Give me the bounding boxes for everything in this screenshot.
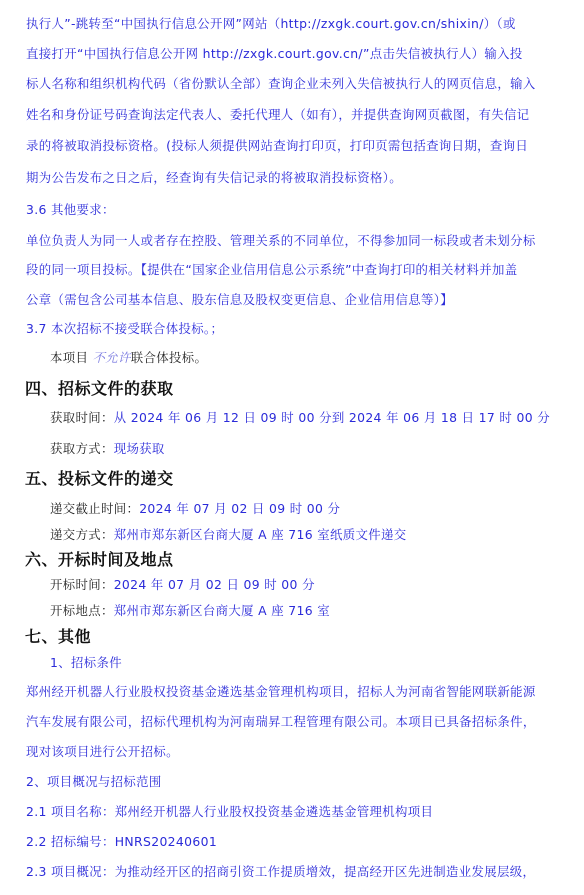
para-line: 期为公告发布之日之后，经查询有失信记录的将被取消投标资格）。 bbox=[26, 168, 402, 186]
acquire-method-value: 现场获取 bbox=[114, 441, 165, 456]
opening-place-label: 开标地点： bbox=[50, 603, 114, 618]
opening-place: 开标地点：郑州市郑东新区台商大厦 A 座 716 室 bbox=[50, 601, 330, 619]
opening-time: 开标时间：2024 年 07 月 02 日 09 时 00 分 bbox=[50, 575, 315, 593]
sub1-title: 1、招标条件 bbox=[50, 653, 122, 671]
submit-method: 递交方式：郑州市郑东新区台商大厦 A 座 716 室纸质文件递交 bbox=[50, 525, 406, 543]
para-line: 录的将被取消投标资格。(投标人须提供网站查询打印页，打印页需包括查询日期，查询日 bbox=[26, 136, 528, 154]
item-2-1: 2.1 项目名称：郑州经开机器人行业股权投资基金遴选基金管理机构项目 bbox=[26, 802, 433, 820]
acquire-method-label: 获取方式： bbox=[50, 441, 114, 456]
para-line: 段的同一项目投标。【提供在“国家企业信用信息公示系统”中查询打印的相关材料并加盖 bbox=[26, 260, 517, 278]
para-line: 执行人”-跳转至“中国执行信息公开网”网站（http://zxgk.court.… bbox=[26, 14, 516, 32]
opening-time-value: 2024 年 07 月 02 日 09 时 00 分 bbox=[114, 577, 315, 592]
acquire-time-label: 获取时间： bbox=[50, 410, 114, 425]
heading-section-6: 六、开标时间及地点 bbox=[25, 547, 174, 570]
heading-section-7: 七、其他 bbox=[25, 624, 91, 647]
submit-deadline: 递交截止时间：2024 年 07 月 02 日 09 时 00 分 bbox=[50, 499, 340, 517]
submit-deadline-value: 2024 年 07 月 02 日 09 时 00 分 bbox=[139, 501, 340, 516]
section-3-6-title: 3.6 其他要求： bbox=[26, 200, 115, 218]
para-line: 姓名和身份证号码查询法定代表人、委托代理人（如有），并提供查询网页截图，有失信记 bbox=[26, 105, 529, 123]
submit-deadline-label: 递交截止时间： bbox=[50, 501, 139, 516]
heading-section-4: 四、招标文件的获取 bbox=[25, 376, 174, 399]
opening-place-value: 郑州市郑东新区台商大厦 A 座 716 室 bbox=[114, 603, 330, 618]
acquire-time-value: 从 2024 年 06 月 12 日 09 时 00 分到 2024 年 06 … bbox=[114, 410, 550, 425]
para-line: 标人名称和组织机构代码（省份默认全部）查询企业未列入失信被执行人的网页信息，输入 bbox=[26, 74, 536, 92]
item-2-2: 2.2 招标编号：HNRS20240601 bbox=[26, 832, 217, 850]
para-line: 汽车发展有限公司，招标代理机构为河南瑞昇工程管理有限公司。本项目已具备招标条件， bbox=[26, 712, 536, 730]
acquire-method: 获取方式：现场获取 bbox=[50, 439, 165, 457]
joint-bid-statement: 本项目 不允许联合体投标。 bbox=[50, 348, 207, 366]
statement-prefix: 本项目 bbox=[50, 350, 88, 365]
statement-italic: 不允许 bbox=[93, 350, 131, 365]
item-2-3: 2.3 项目概况：为推动经开区的招商引资工作提质增效，提高经开区先进制造业发展层… bbox=[26, 862, 535, 880]
para-line: 单位负责人为同一人或者存在控股、管理关系的不同单位，不得参加同一标段或者未划分标 bbox=[26, 231, 536, 249]
para-line: 公章（需包含公司基本信息、股东信息及股权变更信息、企业信用信息等）】 bbox=[26, 290, 453, 308]
statement-suffix: 联合体投标。 bbox=[131, 350, 207, 365]
opening-time-label: 开标时间： bbox=[50, 577, 114, 592]
para-line: 直接打开“中国执行信息公开网 http://zxgk.court.gov.cn/… bbox=[26, 44, 523, 62]
submit-method-label: 递交方式： bbox=[50, 527, 114, 542]
heading-section-5: 五、投标文件的递交 bbox=[25, 466, 174, 489]
sub2-title: 2、项目概况与招标范围 bbox=[26, 772, 162, 790]
acquire-time: 获取时间：从 2024 年 06 月 12 日 09 时 00 分到 2024 … bbox=[50, 408, 550, 426]
submit-method-value: 郑州市郑东新区台商大厦 A 座 716 室纸质文件递交 bbox=[114, 527, 407, 542]
para-line: 现对该项目进行公开招标。 bbox=[26, 742, 179, 760]
section-3-7-title: 3.7 本次招标不接受联合体投标。； bbox=[26, 319, 223, 337]
para-line: 郑州经开机器人行业股权投资基金遴选基金管理机构项目，招标人为河南省智能网联新能源 bbox=[26, 682, 536, 700]
